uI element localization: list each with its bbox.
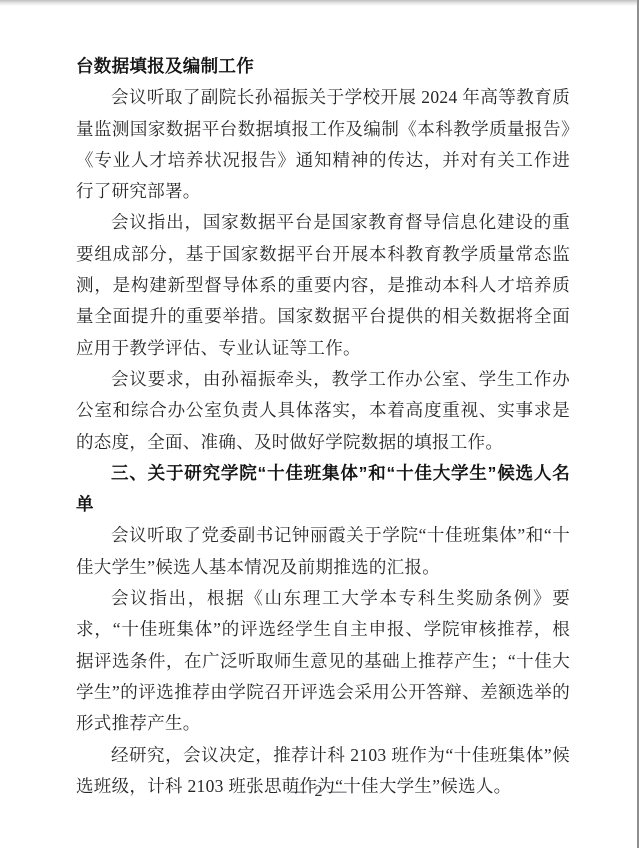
paragraph-platform-importance: 会议指出，国家数据平台是国家教育督导信息化建设的重要组成部分，基于国家数据平台开…: [76, 207, 570, 363]
heading-section-three: 三、关于研究学院“十佳班集体”和“十佳大学生”候选人名单: [76, 458, 570, 521]
paragraph-quality-monitoring: 会议听取了副院长孙福振关于学校开展 2024 年高等教育质量监测国家数据平台数据…: [76, 82, 570, 207]
scan-edge-shadow-top: [0, 0, 639, 6]
heading-continuation: 台数据填报及编制工作: [76, 51, 570, 82]
paragraph-candidate-report: 会议听取了党委副书记钟丽霞关于学院“十佳班集体”和“十佳大学生”候选人基本情况及…: [76, 520, 570, 583]
document-body: 台数据填报及编制工作 会议听取了副院长孙福振关于学校开展 2024 年高等教育质…: [76, 51, 570, 802]
page-number: — 2 —: [0, 782, 639, 802]
paragraph-work-assignment: 会议要求，由孙福振牵头，教学工作办公室、学生工作办公室和综合办公室负责人具体落实…: [76, 364, 570, 458]
paragraph-selection-rules: 会议指出，根据《山东理工大学本专科生奖励条例》要求，“十佳班集体”的评选经学生自…: [76, 583, 570, 739]
document-page: 台数据填报及编制工作 会议听取了副院长孙福振关于学校开展 2024 年高等教育质…: [0, 0, 639, 848]
